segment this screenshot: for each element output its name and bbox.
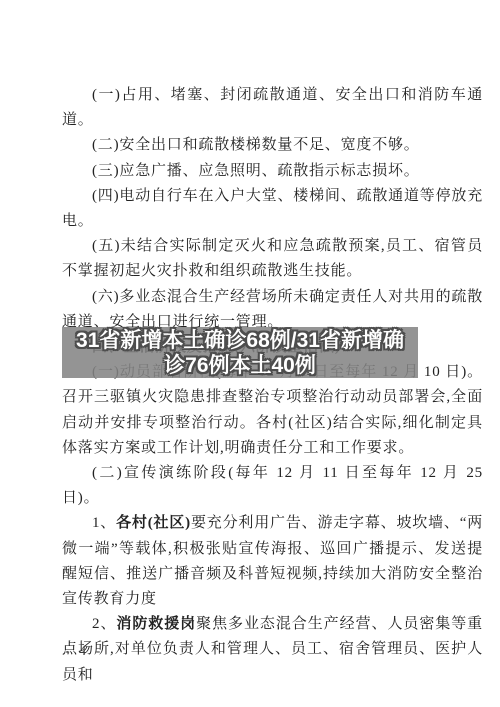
document-body: (一)占用、堵塞、封闭疏散通道、安全出口和消防车通道。(二)安全出口和疏散楼梯数… <box>62 83 483 688</box>
headline-line-1: 31省新增本土确诊68例/31省新增确 <box>76 328 404 353</box>
page-number: - 4 - <box>65 644 103 660</box>
paragraph: (二)宣传演练阶段(每年 12 月 11 日至每年 12 月 25 日)。 <box>62 461 483 511</box>
headline-overlay: 31省新增本土确诊68例/31省新增确 诊76例本土40例 <box>62 327 418 378</box>
paragraph: (一)占用、堵塞、封闭疏散通道、安全出口和消防车通道。 <box>62 83 483 133</box>
headline-line-2: 诊76例本土40例 <box>164 353 316 378</box>
paragraph: (五)未结合实际制定灭火和应急疏散预案,员工、宿管员不掌握初起火灾扑救和组织疏散… <box>62 234 483 284</box>
paragraph: (二)安全出口和疏散楼梯数量不足、宽度不够。 <box>62 133 483 158</box>
paragraph: 2、消防救援岗聚焦多业态混合生产经营、人员密集等重点场所,对单位负责人和管理人、… <box>62 612 483 688</box>
paragraph: (三)应急广播、应急照明、疏散指示标志损坏。 <box>62 159 483 184</box>
paragraph: 1、各村(社区)要充分利用广告、游走字幕、坡坎墙、“两微一端”等载体,积极张贴宣… <box>62 511 483 612</box>
paragraph: (四)电动自行车在入户大堂、楼梯间、疏散通道等停放充电。 <box>62 184 483 234</box>
